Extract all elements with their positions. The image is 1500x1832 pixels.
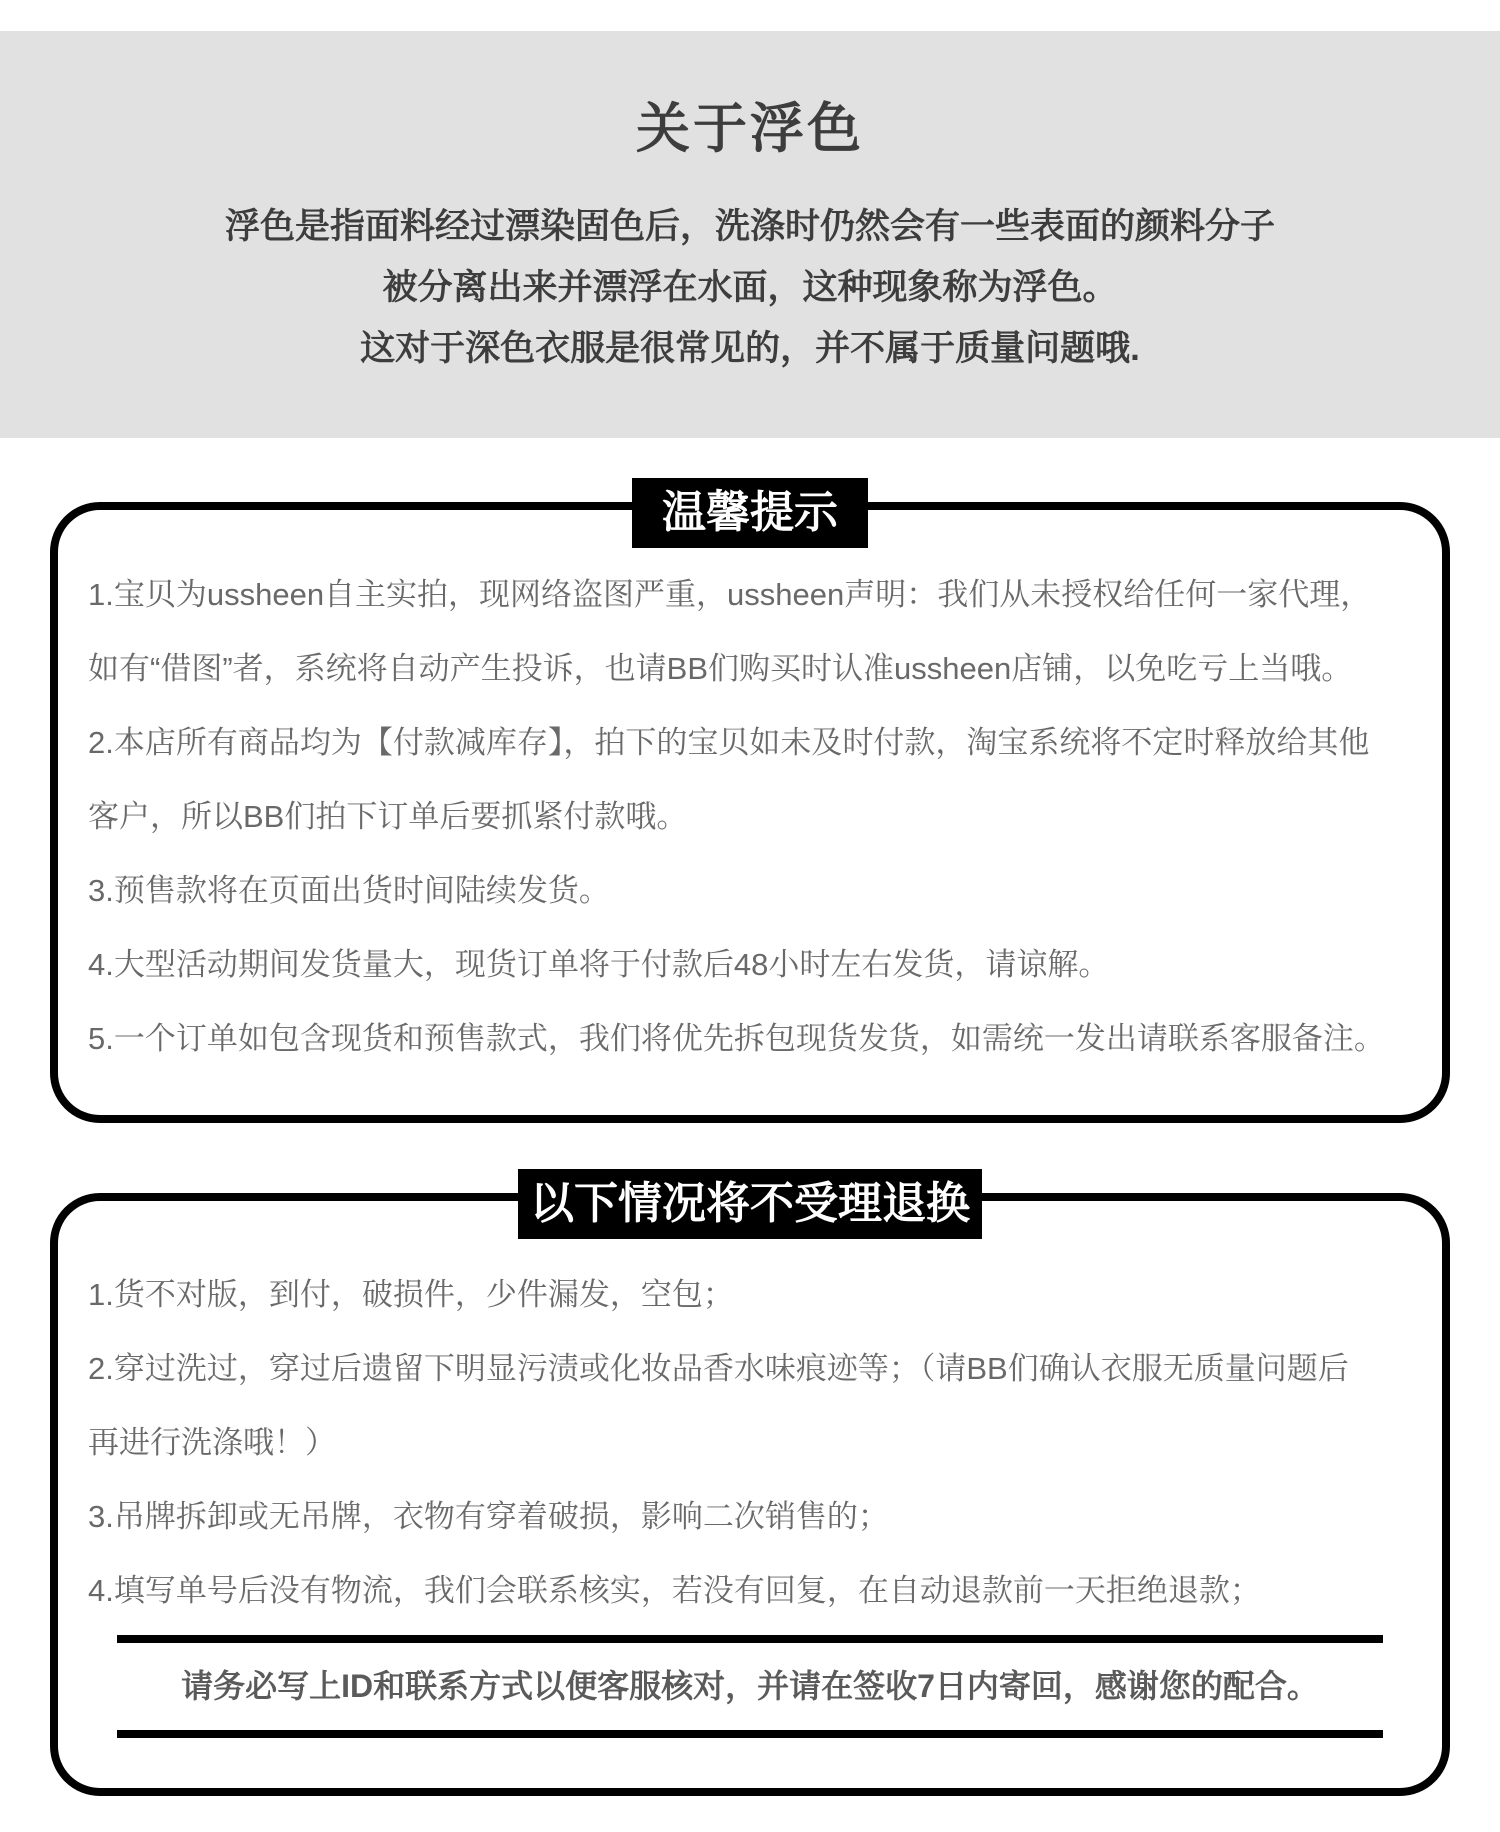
returns-line-2: 2.穿过洗过，穿过后遗留下明显污渍或化妆品香水味痕迹等；（请BB们确认衣服无质量…	[88, 1332, 1442, 1406]
tips-line-1: 1.宝贝为ussheen自主实拍，现网络盗图严重，ussheen声明：我们从未授…	[88, 558, 1442, 632]
banner-line-2: 被分离出来并漂浮在水面，这种现象称为浮色。	[0, 257, 1500, 318]
tips-list: 1.宝贝为ussheen自主实拍，现网络盗图严重，ussheen声明：我们从未授…	[58, 510, 1442, 1076]
tips-line-6: 4.大型活动期间发货量大，现货订单将于付款后48小时左右发货，请谅解。	[88, 928, 1442, 1002]
tips-line-7: 5.一个订单如包含现货和预售款式，我们将优先拆包现货发货，如需统一发出请联系客服…	[88, 1002, 1442, 1076]
return-note: 请务必写上ID和联系方式以便客服核对，并请在签收7日内寄回，感谢您的配合。	[58, 1643, 1442, 1730]
tips-box: 温馨提示 1.宝贝为ussheen自主实拍，现网络盗图严重，ussheen声明：…	[50, 502, 1450, 1123]
tips-badge: 温馨提示	[632, 478, 868, 548]
tips-line-2: 如有“借图”者，系统将自动产生投诉，也请BB们购买时认准ussheen店铺，以免…	[88, 632, 1442, 706]
product-notice-page: 关于浮色 浮色是指面料经过漂染固色后，洗涤时仍然会有一些表面的颜料分子 被分离出…	[0, 0, 1500, 1832]
divider-line-bottom	[117, 1730, 1383, 1738]
banner-line-1: 浮色是指面料经过漂染固色后，洗涤时仍然会有一些表面的颜料分子	[0, 196, 1500, 257]
returns-line-3: 再进行洗涤哦！）	[88, 1406, 1442, 1480]
banner-title: 关于浮色	[0, 31, 1500, 158]
returns-line-5: 4.填写单号后没有物流，我们会联系核实，若没有回复，在自动退款前一天拒绝退款；	[88, 1554, 1442, 1628]
banner-text-block: 浮色是指面料经过漂染固色后，洗涤时仍然会有一些表面的颜料分子 被分离出来并漂浮在…	[0, 196, 1500, 379]
tips-line-5: 3.预售款将在页面出货时间陆续发货。	[88, 854, 1442, 928]
divider-line-top	[117, 1635, 1383, 1643]
returns-line-1: 1.货不对版，到付，破损件，少件漏发，空包；	[88, 1258, 1442, 1332]
returns-line-4: 3.吊牌拆卸或无吊牌，衣物有穿着破损，影响二次销售的；	[88, 1480, 1442, 1554]
returns-list: 1.货不对版，到付，破损件，少件漏发，空包； 2.穿过洗过，穿过后遗留下明显污渍…	[58, 1201, 1442, 1628]
fade-color-banner: 关于浮色 浮色是指面料经过漂染固色后，洗涤时仍然会有一些表面的颜料分子 被分离出…	[0, 31, 1500, 438]
tips-line-4: 客户，所以BB们拍下订单后要抓紧付款哦。	[88, 780, 1442, 854]
returns-badge: 以下情况将不受理退换	[518, 1169, 982, 1239]
tips-line-3: 2.本店所有商品均为【付款减库存】，拍下的宝贝如未及时付款，淘宝系统将不定时释放…	[88, 706, 1442, 780]
returns-box: 以下情况将不受理退换 1.货不对版，到付，破损件，少件漏发，空包； 2.穿过洗过…	[50, 1193, 1450, 1796]
banner-line-3: 这对于深色衣服是很常见的，并不属于质量问题哦.	[0, 318, 1500, 379]
